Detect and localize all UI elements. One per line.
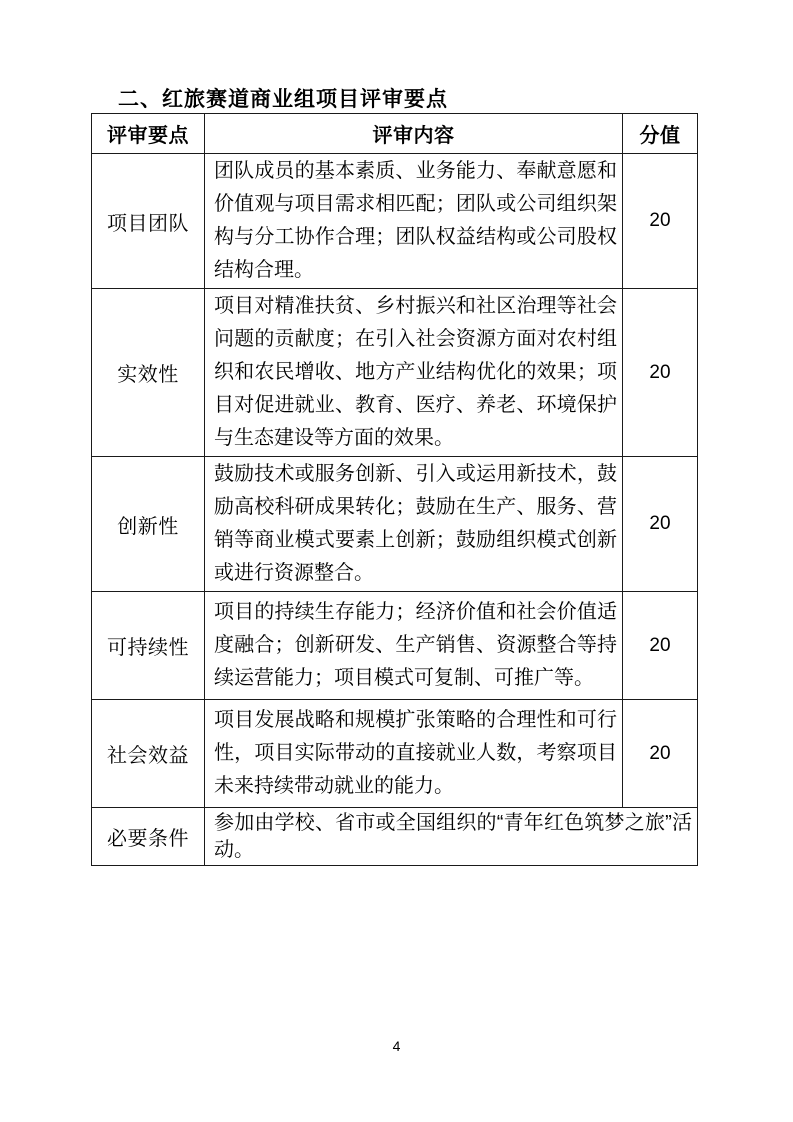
section-title: 二、红旅赛道商业组项目评审要点 bbox=[118, 83, 448, 113]
content-cell: 团队成员的基本素质、业务能力、奉献意愿和价值观与项目需求相匹配；团队或公司组织架… bbox=[205, 154, 623, 289]
table-row: 社会效益 项目发展战略和规模扩张策略的合理性和可行性，项目实际带动的直接就业人数… bbox=[92, 700, 698, 808]
score-cell: 20 bbox=[623, 592, 698, 700]
criteria-cell: 可持续性 bbox=[92, 592, 205, 700]
table-row: 创新性 鼓励技术或服务创新、引入或运用新技术，鼓励高校科研成果转化；鼓励在生产、… bbox=[92, 457, 698, 592]
criteria-cell: 创新性 bbox=[92, 457, 205, 592]
score-cell: 20 bbox=[623, 154, 698, 289]
score-cell: 20 bbox=[623, 457, 698, 592]
document-page: 二、红旅赛道商业组项目评审要点 评审要点 评审内容 分值 项目团队 团队成员的基… bbox=[0, 0, 793, 1122]
header-content: 评审内容 bbox=[205, 114, 623, 154]
table-row: 必要条件 参加由学校、省市或全国组织的“青年红色筑梦之旅”活动。 bbox=[92, 808, 698, 866]
page-number: 4 bbox=[0, 1038, 793, 1054]
content-cell: 项目的持续生存能力；经济价值和社会价值适度融合；创新研发、生产销售、资源整合等持… bbox=[205, 592, 623, 700]
content-cell: 鼓励技术或服务创新、引入或运用新技术，鼓励高校科研成果转化；鼓励在生产、服务、营… bbox=[205, 457, 623, 592]
score-cell: 20 bbox=[623, 700, 698, 808]
score-cell: 20 bbox=[623, 289, 698, 457]
criteria-cell: 项目团队 bbox=[92, 154, 205, 289]
table-row: 可持续性 项目的持续生存能力；经济价值和社会价值适度融合；创新研发、生产销售、资… bbox=[92, 592, 698, 700]
content-cell: 项目对精准扶贫、乡村振兴和社区治理等社会问题的贡献度；在引入社会资源方面对农村组… bbox=[205, 289, 623, 457]
header-criteria: 评审要点 bbox=[92, 114, 205, 154]
content-cell-merged: 参加由学校、省市或全国组织的“青年红色筑梦之旅”活动。 bbox=[205, 808, 698, 866]
header-score: 分值 bbox=[623, 114, 698, 154]
criteria-cell: 实效性 bbox=[92, 289, 205, 457]
criteria-cell: 社会效益 bbox=[92, 700, 205, 808]
review-criteria-table: 评审要点 评审内容 分值 项目团队 团队成员的基本素质、业务能力、奉献意愿和价值… bbox=[91, 113, 698, 866]
criteria-cell: 必要条件 bbox=[92, 808, 205, 866]
content-cell: 项目发展战略和规模扩张策略的合理性和可行性，项目实际带动的直接就业人数，考察项目… bbox=[205, 700, 623, 808]
table-row: 实效性 项目对精准扶贫、乡村振兴和社区治理等社会问题的贡献度；在引入社会资源方面… bbox=[92, 289, 698, 457]
table-header-row: 评审要点 评审内容 分值 bbox=[92, 114, 698, 154]
table-row: 项目团队 团队成员的基本素质、业务能力、奉献意愿和价值观与项目需求相匹配；团队或… bbox=[92, 154, 698, 289]
